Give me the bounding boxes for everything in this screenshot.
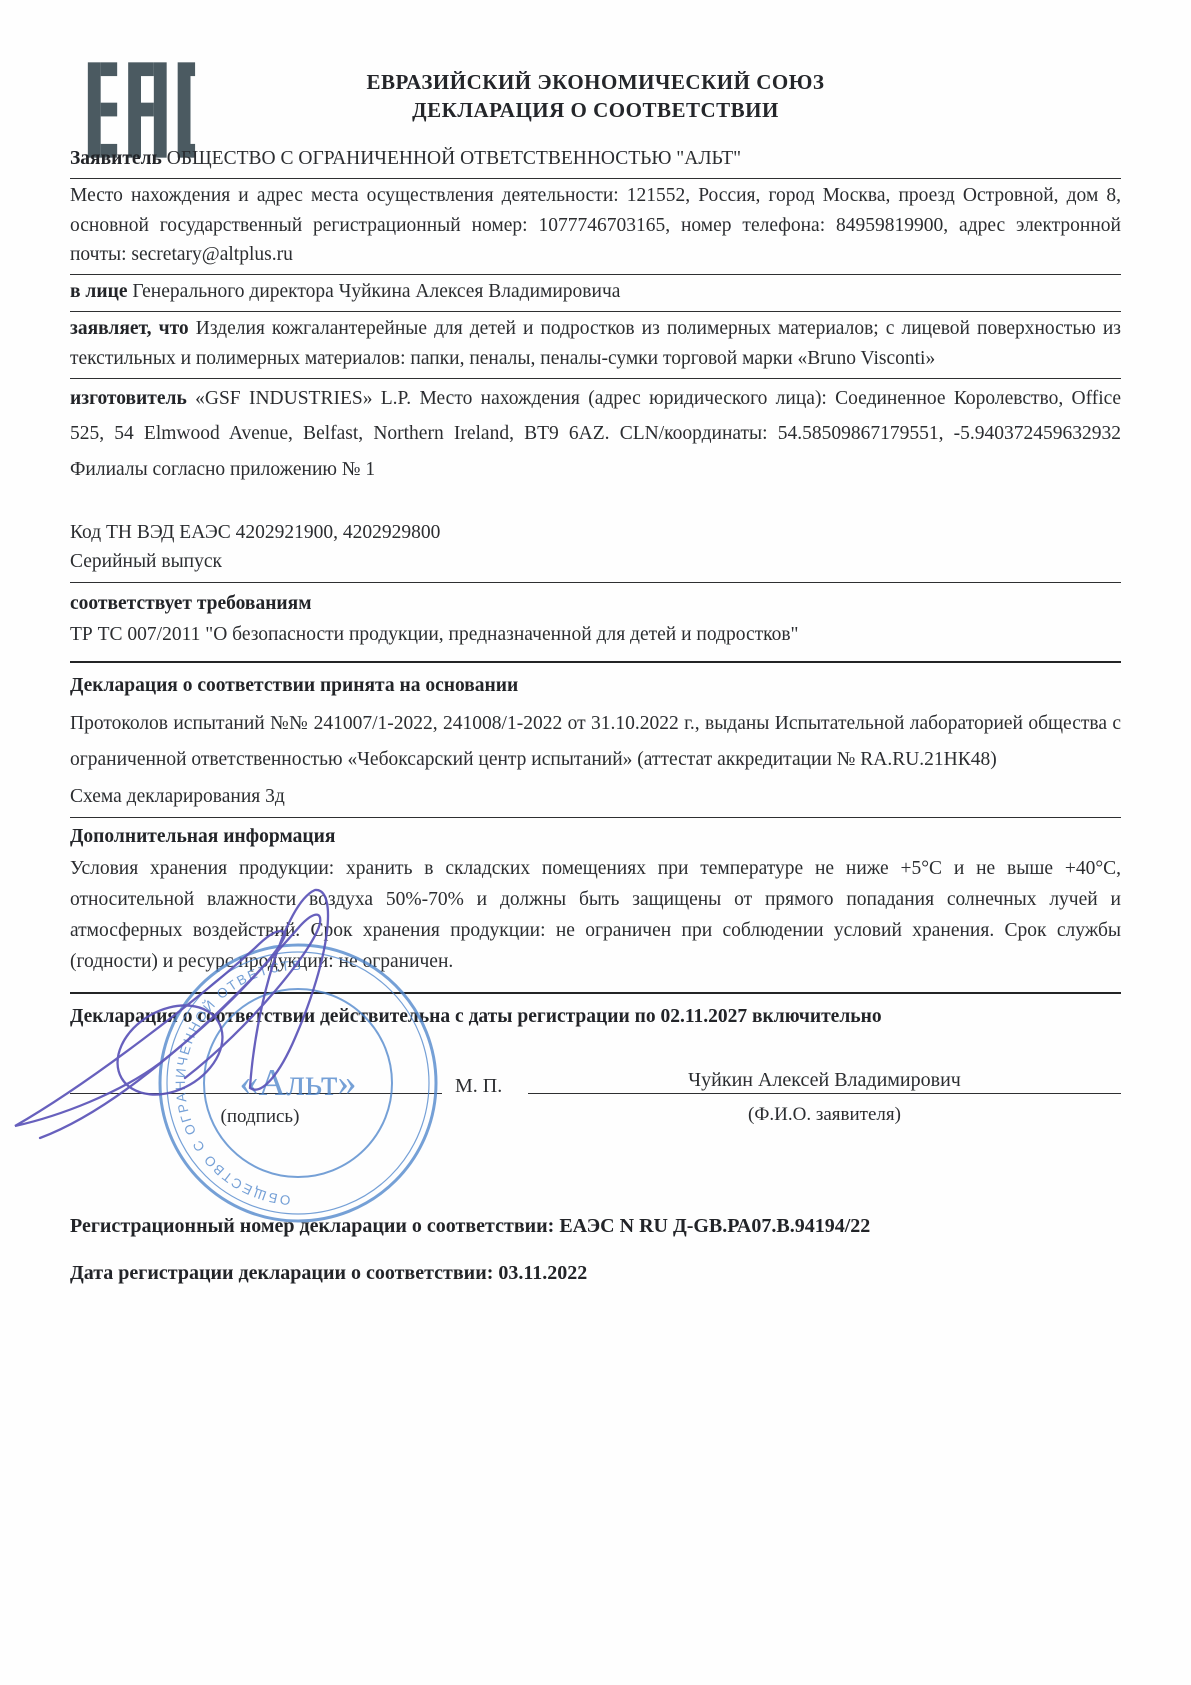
registration-number-value: ЕАЭС N RU Д-GB.РА07.В.94194/22 (559, 1215, 870, 1237)
additional-text: Условия хранения продукции: хранить в ск… (70, 853, 1121, 978)
document-body: Заявитель ОБЩЕСТВО С ОГРАНИЧЕННОЙ ОТВЕТС… (70, 142, 1121, 1288)
title-union: ЕВРАЗИЙСКИЙ ЭКОНОМИЧЕСКИЙ СОЮЗ (0, 68, 1191, 96)
signature-block: М. П. Чуйкин Алексей Владимирович (Ф.И.О… (70, 1041, 1121, 1159)
basis-text: Протоколов испытаний №№ 241007/1-2022, 2… (70, 706, 1121, 777)
applicant-label: Заявитель (70, 148, 162, 169)
registration-date-label: Дата регистрации декларации о соответств… (70, 1262, 493, 1284)
manufacturer-row: изготовитель «GSF INDUSTRIES» L.P. Место… (70, 379, 1121, 492)
scheme-row: Схема декларирования 3д (70, 782, 1121, 817)
complies-label: соответствует требованиям (70, 583, 1121, 618)
person-label: в лице (70, 281, 127, 302)
basis-label: Декларация о соответствии принята на осн… (70, 663, 1121, 700)
validity-statement: Декларация о соответствии действительна … (70, 994, 1121, 1031)
manufacturer-text: «GSF INDUSTRIES» L.P. Место нахождения (… (70, 388, 1121, 480)
applicant-name: ОБЩЕСТВО С ОГРАНИЧЕННОЙ ОТВЕТСТВЕННОСТЬЮ… (167, 148, 741, 169)
serial-row: Серийный выпуск (70, 547, 1121, 582)
applicant-fio: Чуйкин Алексей Владимирович (528, 1065, 1121, 1095)
complies-row: ТР ТС 007/2011 "О безопасности продукции… (70, 618, 1121, 663)
applicant-address: Место нахождения и адрес места осуществл… (70, 181, 1121, 269)
title-declaration: ДЕКЛАРАЦИЯ О СООТВЕТСТВИИ (0, 96, 1191, 124)
signature-line (70, 1093, 442, 1094)
applicant-address-row: Место нахождения и адрес места осуществл… (70, 179, 1121, 275)
basis-row: Протоколов испытаний №№ 241007/1-2022, 2… (70, 700, 1121, 782)
tnved-code: Код ТН ВЭД ЕАЭС 4202921900, 4202929800 (70, 518, 1121, 547)
document-header: ЕВРАЗИЙСКИЙ ЭКОНОМИЧЕСКИЙ СОЮЗ ДЕКЛАРАЦИ… (0, 0, 1191, 150)
spacer (70, 492, 1121, 518)
additional-label: Дополнительная информация (70, 818, 1121, 851)
manufacturer-label: изготовитель (70, 388, 187, 409)
declaration-document: ЕВРАЗИЙСКИЙ ЭКОНОМИЧЕСКИЙ СОЮЗ ДЕКЛАРАЦИ… (0, 0, 1191, 1685)
document-title: ЕВРАЗИЙСКИЙ ЭКОНОМИЧЕСКИЙ СОЮЗ ДЕКЛАРАЦИ… (0, 68, 1191, 125)
registration-number-label: Регистрационный номер декларации о соотв… (70, 1215, 554, 1237)
signature-caption: (подпись) (130, 1103, 390, 1132)
complies-text: ТР ТС 007/2011 "О безопасности продукции… (70, 624, 799, 645)
fio-caption: (Ф.И.О. заявителя) (528, 1101, 1121, 1130)
declares-row: заявляет, что Изделия кожгалантерейные д… (70, 312, 1121, 379)
declares-text: Изделия кожгалантерейные для детей и под… (70, 318, 1121, 368)
scheme-text: Схема декларирования 3д (70, 786, 285, 807)
serial-text: Серийный выпуск (70, 551, 222, 572)
registration-date-row: Дата регистрации декларации о соответств… (70, 1258, 1121, 1288)
stamp-place-label: М. П. (455, 1071, 502, 1101)
additional-row: Условия хранения продукции: хранить в ск… (70, 851, 1121, 994)
person-name: Генерального директора Чуйкина Алексея В… (132, 281, 620, 302)
registration-number-row: Регистрационный номер декларации о соотв… (70, 1211, 1121, 1241)
declares-label: заявляет, что (70, 318, 189, 339)
applicant-person-row: в лице Генерального директора Чуйкина Ал… (70, 275, 1121, 312)
applicant-row: Заявитель ОБЩЕСТВО С ОГРАНИЧЕННОЙ ОТВЕТС… (70, 142, 1121, 179)
registration-date-value: 03.11.2022 (498, 1262, 587, 1284)
